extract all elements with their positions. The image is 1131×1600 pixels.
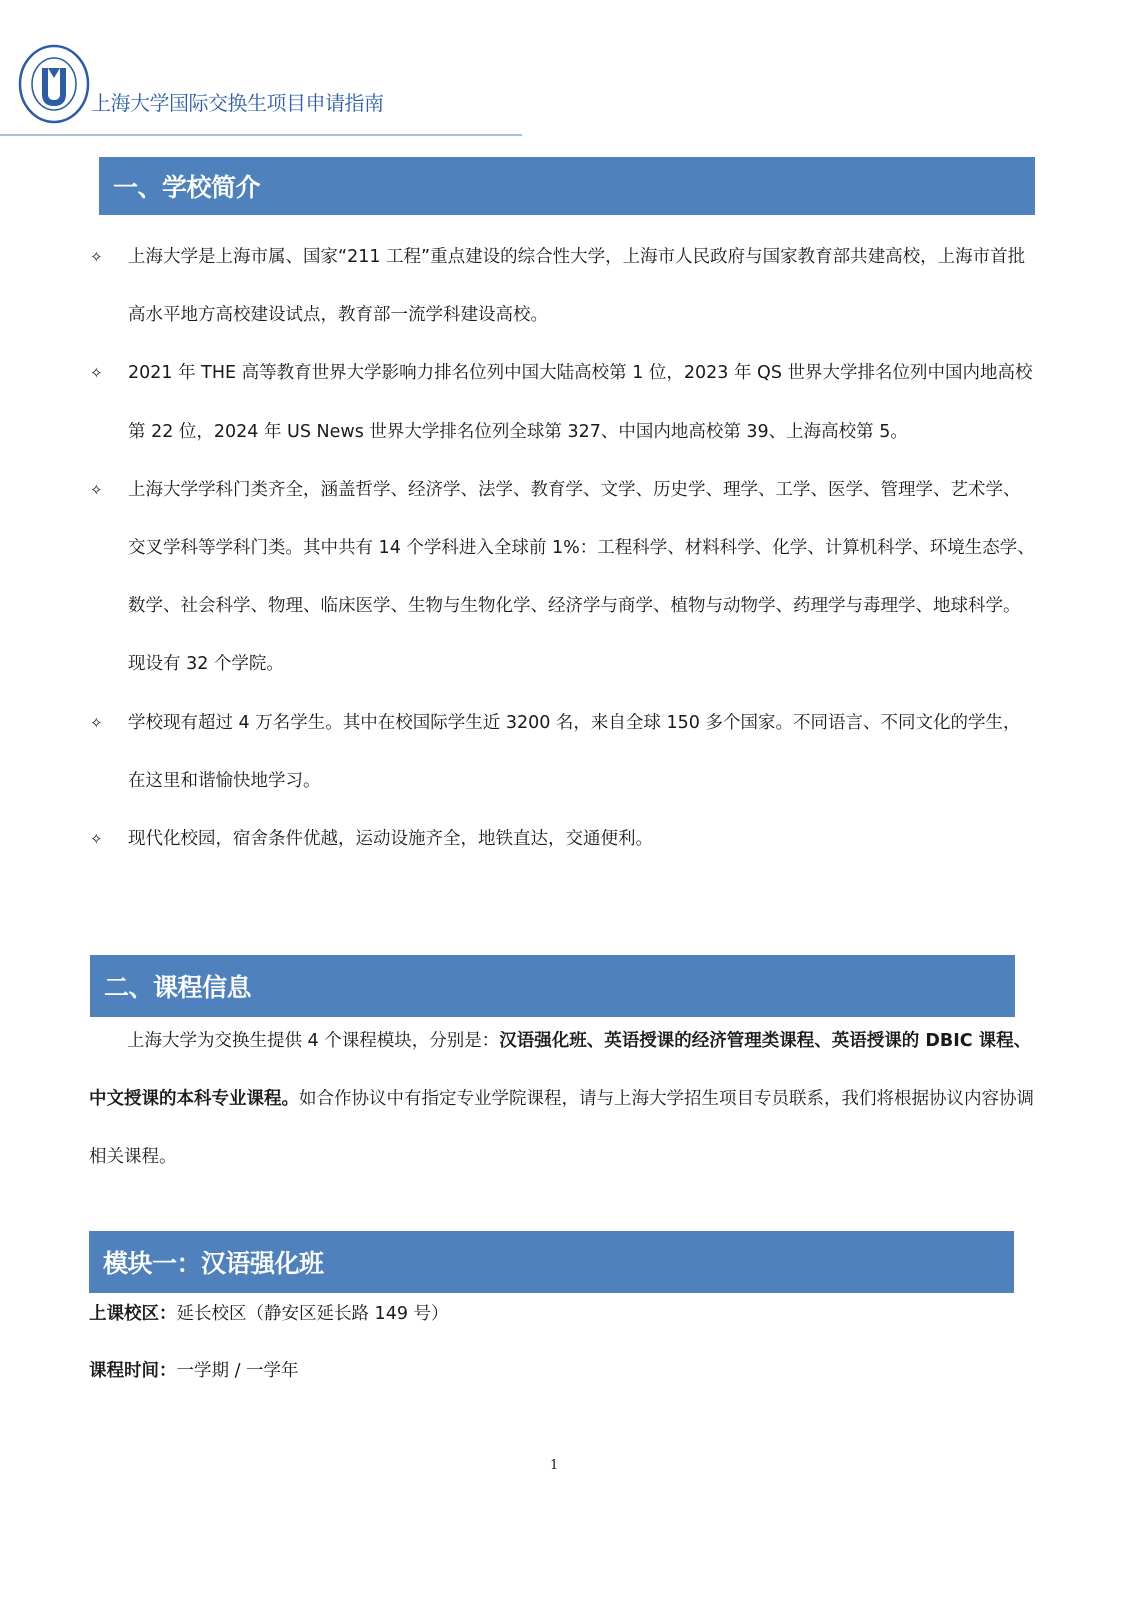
- list-item: ✧ 现代化校园，宿舍条件优越，运动设施齐全，地铁直达，交通便利。: [90, 810, 1035, 868]
- document-title: 上海大学国际交换生项目申请指南: [91, 87, 384, 116]
- section-heading-school-intro: 一、学校简介: [99, 157, 1035, 215]
- duration-label: 课程时间：: [89, 1361, 177, 1381]
- module-heading-chinese-intensive: 模块一：汉语强化班: [89, 1231, 1014, 1293]
- section-title: 二、课程信息: [104, 968, 251, 1004]
- university-logo-icon: [18, 44, 90, 124]
- list-item: ✧ 上海大学是上海市属、国家“211 工程”重点建设的综合性大学，上海市人民政府…: [90, 228, 1035, 344]
- school-intro-list: ✧ 上海大学是上海市属、国家“211 工程”重点建设的综合性大学，上海市人民政府…: [90, 228, 1035, 868]
- campus-label: 上课校区：: [89, 1304, 177, 1324]
- section-title: 一、学校简介: [113, 168, 260, 204]
- diamond-bullet-icon: ✧: [90, 694, 103, 752]
- diamond-bullet-icon: ✧: [90, 461, 103, 519]
- header-divider: [0, 134, 522, 136]
- module-title: 模块一：汉语强化班: [103, 1244, 324, 1280]
- list-item: ✧ 上海大学学科门类齐全，涵盖哲学、经济学、法学、教育学、文学、历史学、理学、工…: [90, 461, 1035, 694]
- document-header: 上海大学国际交换生项目申请指南: [0, 0, 1131, 140]
- diamond-bullet-icon: ✧: [90, 228, 103, 286]
- list-item: ✧ 2021 年 THE 高等教育世界大学影响力排名位列中国大陆高校第 1 位，…: [90, 344, 1035, 460]
- course-intro-paragraph: 上海大学为交换生提供 4 个课程模块，分别是：汉语强化班、英语授课的经济管理类课…: [89, 1012, 1034, 1187]
- diamond-bullet-icon: ✧: [90, 344, 103, 402]
- page-number: 1: [550, 1458, 558, 1473]
- duration-value: 一学期 / 一学年: [177, 1361, 299, 1381]
- section-heading-course-info: 二、课程信息: [90, 955, 1015, 1017]
- duration-field: 课程时间：一学期 / 一学年: [89, 1357, 299, 1382]
- campus-value: 延长校区（静安区延长路 149 号）: [177, 1304, 449, 1324]
- diamond-bullet-icon: ✧: [90, 810, 103, 868]
- campus-field: 上课校区：延长校区（静安区延长路 149 号）: [89, 1300, 449, 1325]
- list-item: ✧ 学校现有超过 4 万名学生。其中在校国际学生近 3200 名，来自全球 15…: [90, 694, 1035, 810]
